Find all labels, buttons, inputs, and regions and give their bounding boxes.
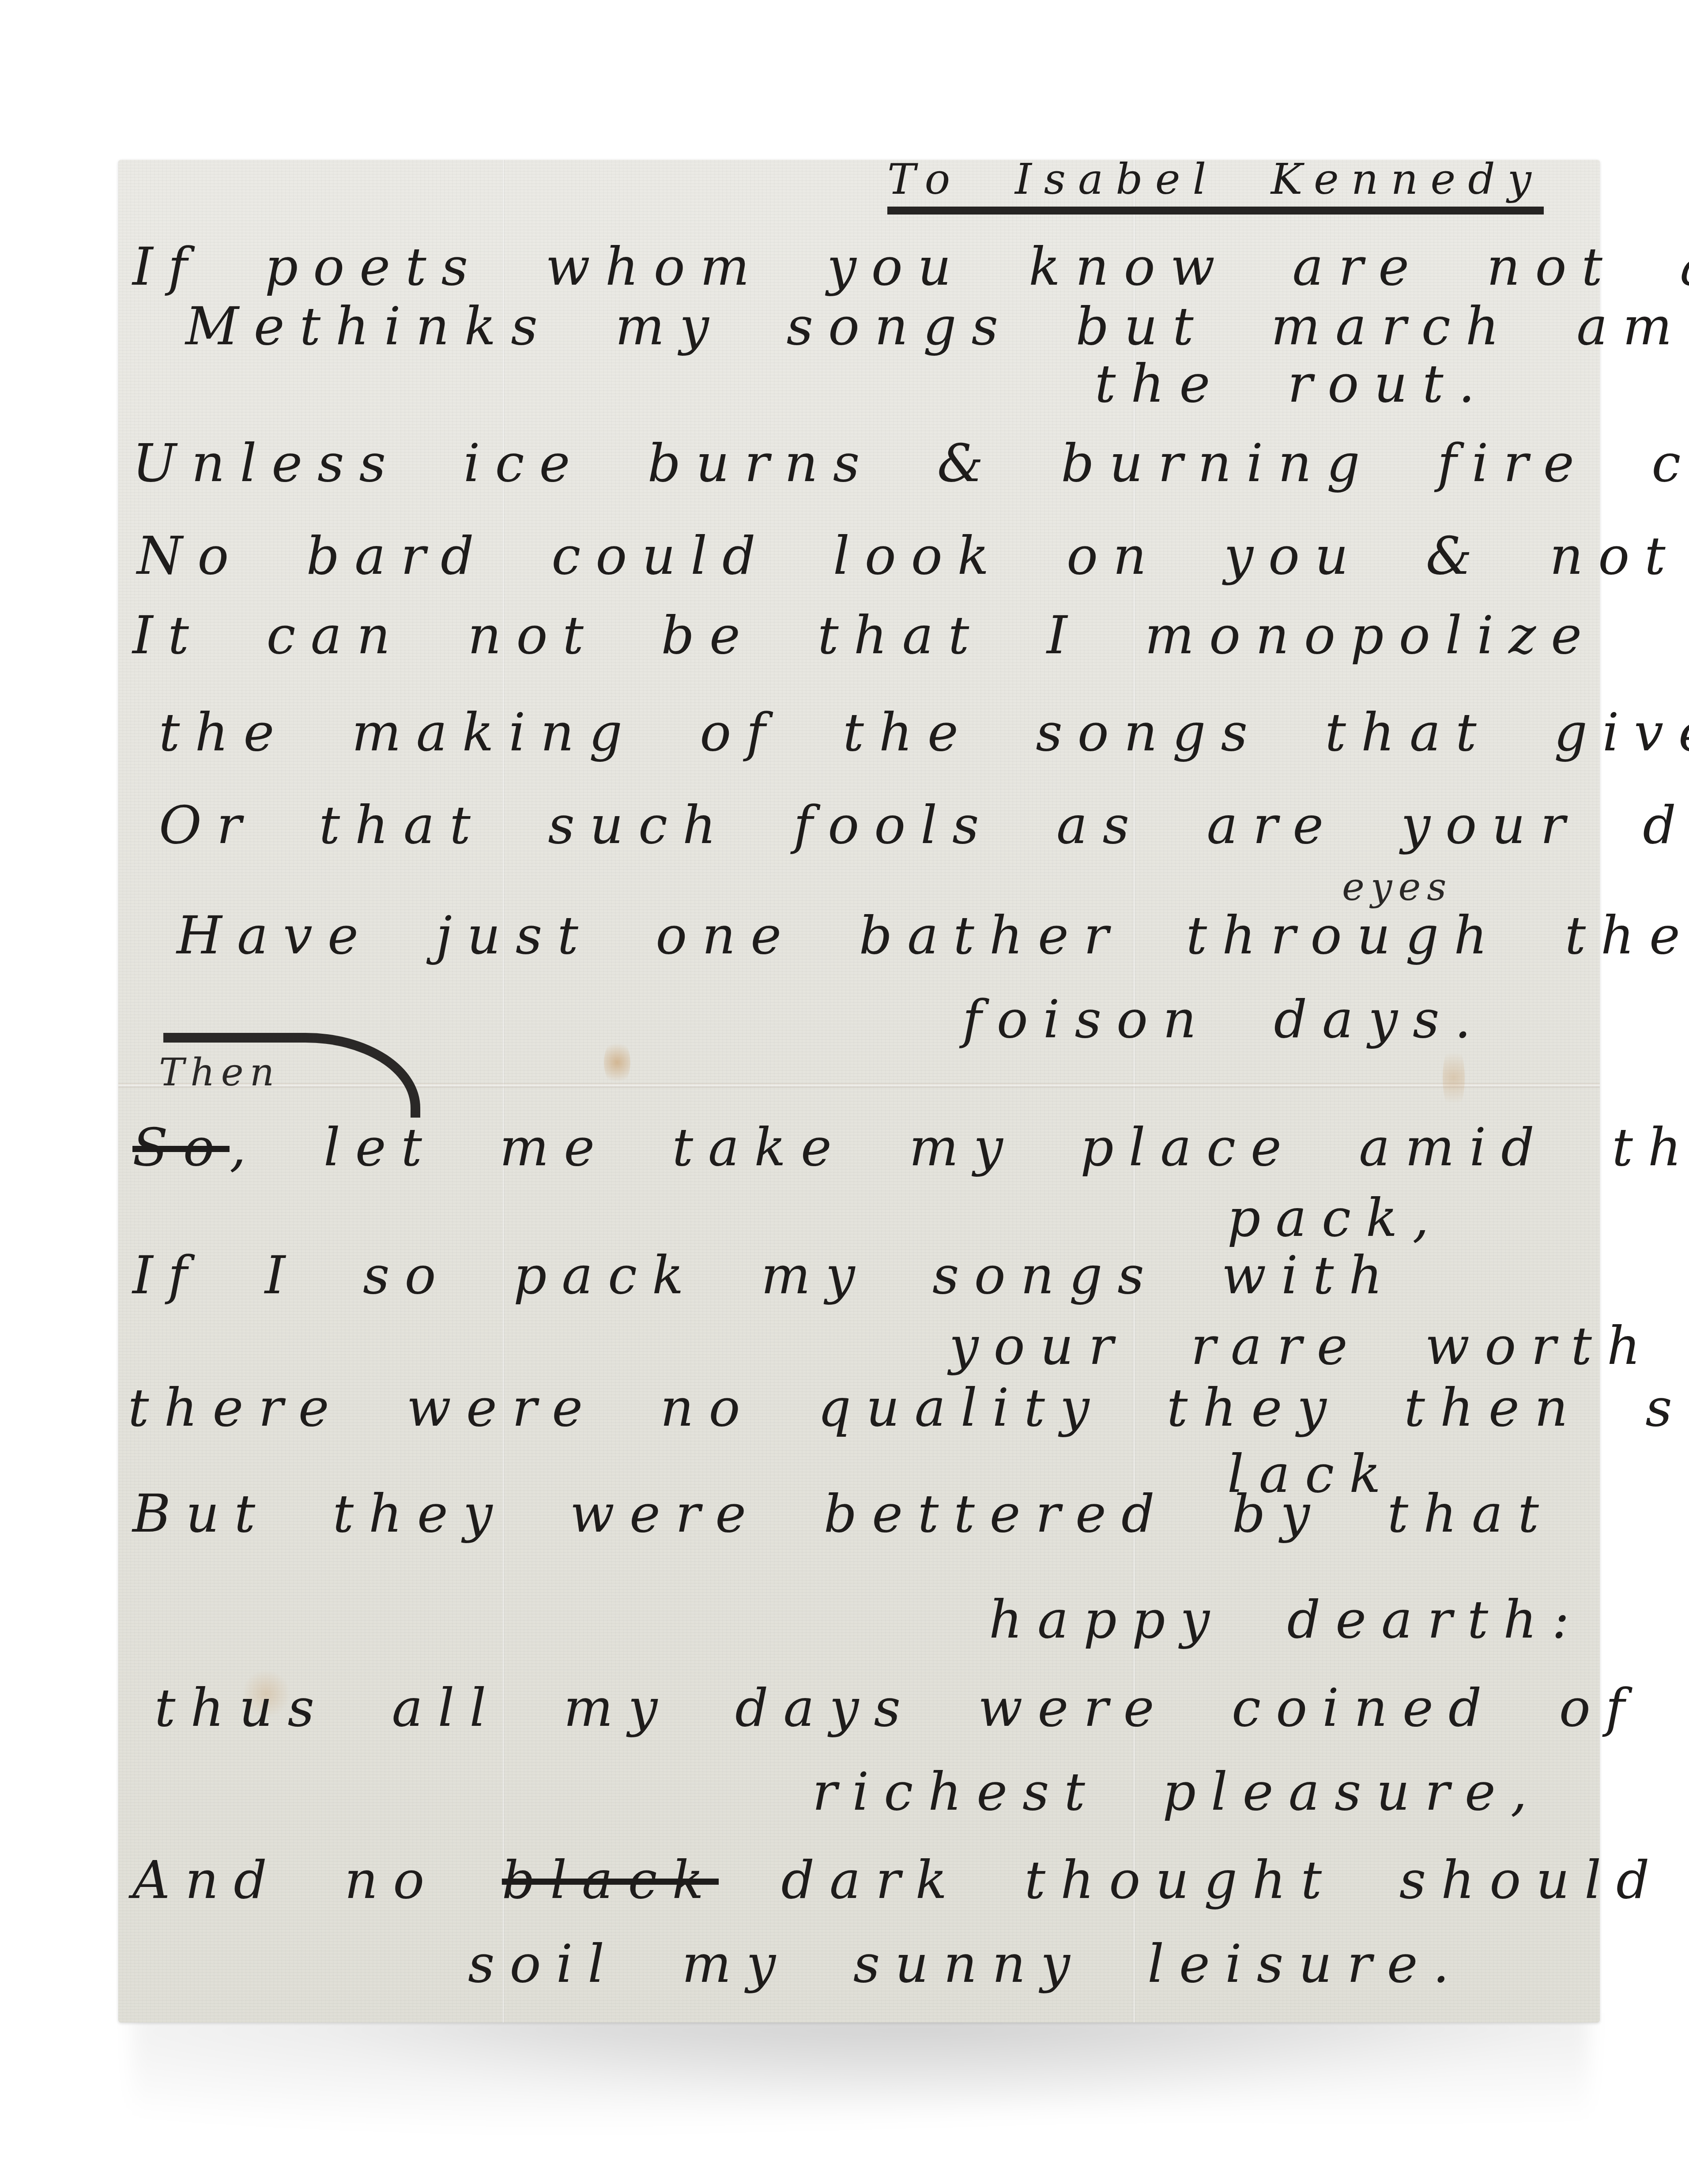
poem-line-13-continuation: richest pleasure, bbox=[812, 1766, 1542, 1818]
poem-line-5: It can not be that I monopolize bbox=[132, 609, 1597, 661]
poem-line-7-continuation: eyes bbox=[1342, 865, 1453, 909]
inserted-word-then: Then bbox=[159, 1051, 280, 1095]
poem-line-9: So, let me take my place amid the bbox=[132, 1121, 1689, 1173]
poem-line-10-continuation: your rare worth bbox=[949, 1320, 1655, 1372]
poem-line-14-pre: And no bbox=[132, 1849, 439, 1910]
poem-line-11: there were no quality they then should bbox=[128, 1382, 1689, 1434]
poem-title: To Isabel Kennedy bbox=[887, 154, 1544, 215]
poem-line-8-continuation: foison days. bbox=[962, 993, 1486, 1045]
poem-line-12-continuation: happy dearth: bbox=[989, 1593, 1584, 1646]
poem-line-4: No bard could look on you & not speak ou… bbox=[137, 530, 1689, 582]
rust-stain bbox=[1443, 1043, 1465, 1113]
rust-stain bbox=[604, 1038, 630, 1087]
poem-line-12: But they were bettered by that bbox=[132, 1487, 1554, 1540]
poem-line-9-continuation: pack, bbox=[1227, 1192, 1444, 1244]
poem-line-1: If poets whom you know are not all fools bbox=[132, 241, 1689, 293]
struck-word-so: So bbox=[132, 1117, 230, 1178]
poem-line-6: the making of the songs that give you pr… bbox=[159, 706, 1689, 758]
poem-line-7: Or that such fools as are your dearest bbox=[159, 799, 1689, 851]
poem-line-13: thus all my days were coined of bbox=[155, 1682, 1640, 1734]
poem-line-8: Have just one bather through the bbox=[177, 909, 1689, 961]
poem-line-14: And no black dark thought should bbox=[132, 1854, 1665, 1906]
poem-line-9-text: , let me take my place amid the bbox=[230, 1117, 1689, 1178]
poem-line-14-text: dark thought should bbox=[781, 1849, 1665, 1910]
poem-line-3: Unless ice burns & burning fire cools bbox=[132, 437, 1689, 489]
poem-line-2-continuation: the rout. bbox=[1095, 358, 1490, 410]
poem-line-14-continuation: soil my sunny leisure. bbox=[468, 1938, 1464, 1990]
struck-word-black: black bbox=[502, 1849, 719, 1910]
poem-line-10: If I so pack my songs with bbox=[132, 1249, 1397, 1301]
poem-line-2: Methinks my songs but march amid bbox=[185, 300, 1689, 352]
paper-shadow bbox=[132, 2013, 1589, 2154]
